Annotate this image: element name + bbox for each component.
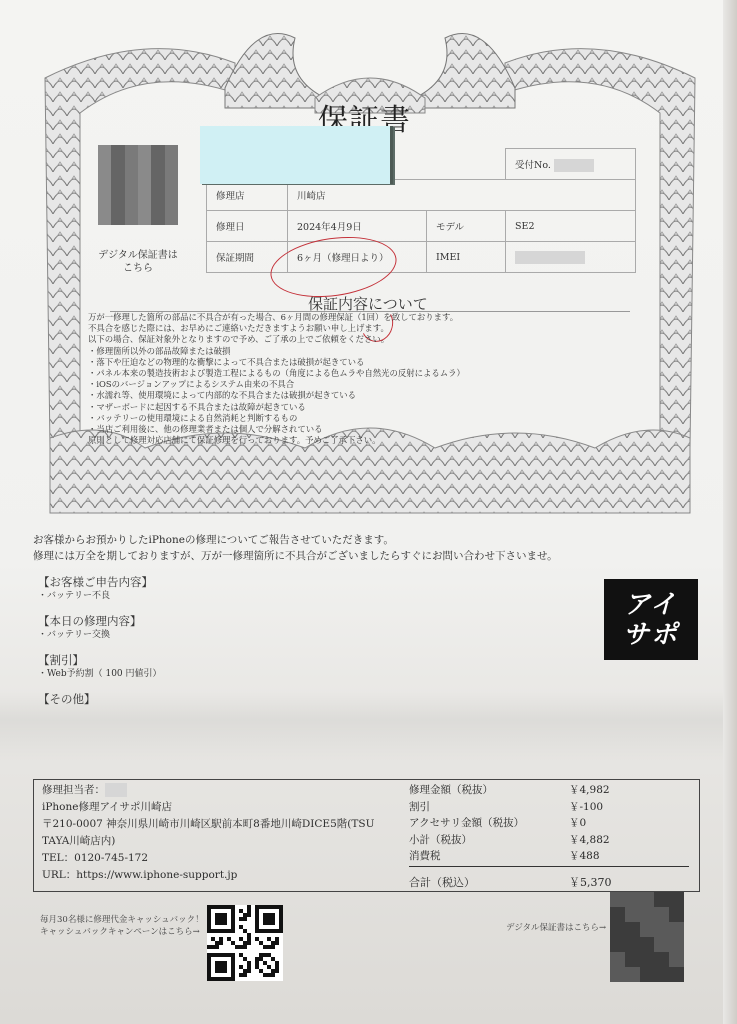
section-repair-content: 【本日の修理内容】 ・バッテリー交換: [38, 614, 162, 641]
table-row: 修理店 川崎店: [207, 180, 636, 211]
isapo-logo: アイ サポ: [604, 579, 698, 660]
section-discount: 【割引】 ・Web予約割（ 100 円値引）: [38, 653, 162, 680]
imei-redacted: [515, 251, 585, 264]
warranty-closing: 原則として修理対応店舗にて保証修理を行っております。予めご了承下さい。: [88, 435, 648, 446]
store-phone: TEL：0120-745-172: [42, 850, 402, 867]
warranty-period-value: 6ヶ月（修理日より）: [288, 242, 427, 273]
warranty-period-label: 保証期間: [207, 242, 288, 273]
total-row: 合計（税込）￥5,370: [409, 875, 689, 892]
shop-label: 修理店: [207, 180, 288, 211]
store-and-price-box: 修理担当者： iPhone修理アイサポ川崎店 〒210-0007 神奈川県川崎市…: [33, 779, 700, 892]
staff-label: 修理担当者：: [42, 784, 105, 796]
price-row: 小計（税抜）￥4,882: [409, 832, 689, 849]
sticky-note-redaction: [200, 126, 393, 184]
price-breakdown: 修理金額（税抜）￥4,982割引￥-100アクセサリ金額（税抜）￥0小計（税抜）…: [409, 782, 689, 891]
repair-details: 【お客様ご申告内容】 ・バッテリー不良 【本日の修理内容】 ・バッテリー交換 【…: [38, 575, 162, 719]
warranty-terms: 万が一修理した箇所の部品に不具合が有った場合、6ヶ月間の修理保証（1回）を致して…: [88, 312, 648, 446]
exclusion-item: ・iOSのバージョンアップによるシステム由来の不具合: [88, 379, 648, 390]
report-line: お客様からお預かりしたiPhoneの修理についてご報告させていただきます。: [33, 532, 558, 548]
store-address-cont: TAYA川崎店内): [42, 833, 402, 850]
digital-warranty-caption-bottom: デジタル保証書はこちら→: [506, 921, 606, 933]
store-name: iPhone修理アイサポ川崎店: [42, 799, 402, 816]
staff-name-redacted: [105, 783, 127, 797]
table-row: 修理日 2024年4月9日 モデル SE2: [207, 211, 636, 242]
price-row: 消費税￥488: [409, 848, 689, 865]
exclusion-item: ・水濡れ等、使用環境によって内部的な不具合または破損が起きている: [88, 390, 648, 401]
repair-report-message: お客様からお預かりしたiPhoneの修理についてご報告させていただきます。 修理…: [33, 532, 558, 564]
price-row: 修理金額（税抜）￥4,982: [409, 782, 689, 799]
cashback-campaign: 毎月30名様に修理代金キャッシュバック！ キャッシュバックキャンペーンはこちら→: [40, 914, 204, 938]
warranty-intro-line: 万が一修理した箇所の部品に不具合が有った場合、6ヶ月間の修理保証（1回）を致して…: [88, 312, 648, 323]
model-value: SE2: [506, 211, 636, 242]
cashback-qr-code[interactable]: [207, 905, 283, 981]
price-row: 割引￥-100: [409, 799, 689, 816]
exclusion-item: ・落下や圧迫などの物理的な衝撃によって不具合または破損が起きている: [88, 357, 648, 368]
exclusion-item: ・修理箇所以外の部品故障または破損: [88, 346, 648, 357]
section-other: 【その他】: [38, 692, 162, 707]
warranty-intro-line: 不具合を感じた際には、お早めにご連絡いただきますようお願い申し上げます。: [88, 323, 648, 334]
repair-date-value: 2024年4月9日: [288, 211, 427, 242]
store-url: URL：https://www.iphone-support.jp: [42, 867, 402, 884]
shop-value: 川崎店: [288, 180, 636, 211]
store-address: 〒210-0007 神奈川県川崎市川崎区駅前本町8番地川崎DICE5階(TSU: [42, 816, 402, 833]
repair-date-label: 修理日: [207, 211, 288, 242]
divider: [409, 866, 689, 867]
reception-number-redacted: [554, 159, 594, 172]
section-customer-report: 【お客様ご申告内容】 ・バッテリー不良: [38, 575, 162, 602]
warranty-intro-line: 以下の場合、保証対象外となりますので予め、ご了承の上でご依頼をください。: [88, 334, 648, 345]
digital-warranty-caption: デジタル保証書はこちら: [92, 249, 184, 275]
exclusion-item: ・パネル本来の製造技術および製造工程によるもの（角度による色ムラや自然光の反射に…: [88, 368, 648, 379]
exclusion-item: ・マザーボードに起因する不具合または故障が起きている: [88, 402, 648, 413]
imei-label: IMEI: [427, 242, 506, 273]
digital-warranty-qr-redacted[interactable]: [610, 892, 684, 982]
paper-edge: [723, 0, 737, 1024]
exclusion-item: ・当店ご利用後に、他の修理業者または個人で分解されている: [88, 424, 648, 435]
digital-warranty-qr-redacted[interactable]: [98, 145, 178, 225]
exclusion-item: ・バッテリーの使用環境による自然消耗と判断するもの: [88, 413, 648, 424]
price-row: アクセサリ金額（税抜）￥0: [409, 815, 689, 832]
table-row: 保証期間 6ヶ月（修理日より） IMEI: [207, 242, 636, 273]
report-line: 修理には万全を期しておりますが、万が一修理箇所に不具合がございましたらすぐにお問…: [33, 548, 558, 564]
store-info: 修理担当者： iPhone修理アイサポ川崎店 〒210-0007 神奈川県川崎市…: [42, 782, 402, 884]
model-label: モデル: [427, 211, 506, 242]
reception-number-label: 受付No.: [515, 160, 551, 171]
